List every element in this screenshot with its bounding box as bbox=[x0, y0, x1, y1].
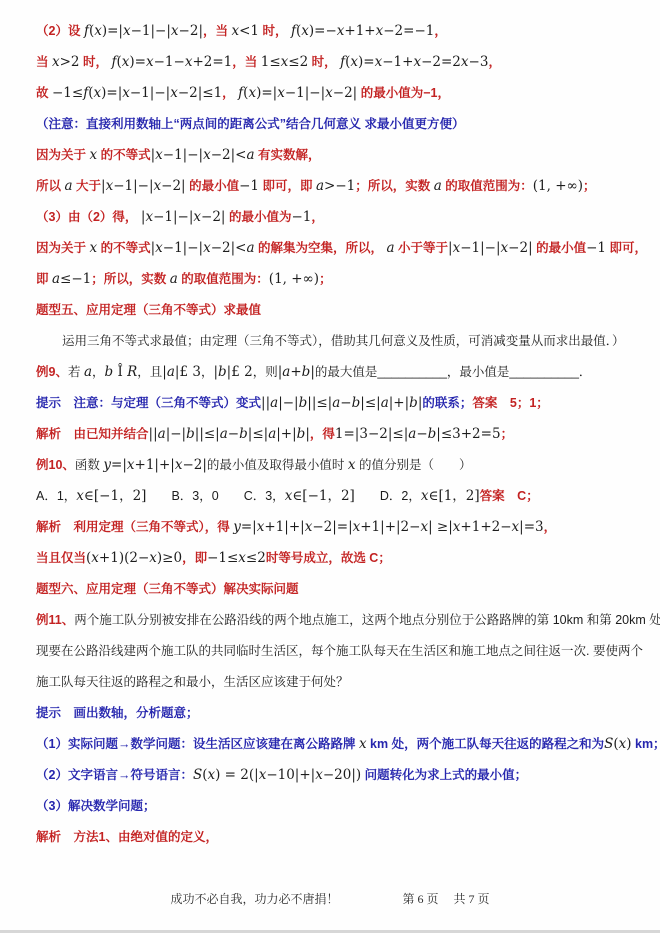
text-segment: 的值分别是（ ） bbox=[356, 458, 472, 472]
text-segment: f(x)=x−1−x+2=1 bbox=[111, 54, 232, 70]
line-case2-conclusion: 故 −1≤f(x)=|x−1|−|x−2|≤1， f(x)=|x−1|−|x−2… bbox=[36, 84, 640, 103]
text-segment: （2）设 bbox=[36, 24, 84, 38]
footer-page-number: 第 6 页 共 7 页 bbox=[403, 890, 490, 907]
text-segment: y=|x+1|+|x−2|=|x+1|+|2−x| ≥|x+1+2−x|=3 bbox=[233, 519, 543, 535]
text-segment: ，即 bbox=[182, 551, 207, 565]
text-segment: 问题转化为求上式的最小值； bbox=[361, 768, 527, 782]
text-segment: 的最小值及取得最小值时 bbox=[207, 458, 348, 472]
text-segment: S(x) = 2(|x−10|+|x−20|) bbox=[193, 767, 361, 783]
example-10: 例10、函数 y=|x+1|+|x−2|的最小值及取得最小值时 x 的值分别是（… bbox=[36, 456, 640, 475]
text-segment: −1≤x≤2 bbox=[207, 550, 266, 566]
line-hint-11: 提示 画出数轴，分析题意； bbox=[36, 704, 640, 723]
text-segment: ， bbox=[201, 365, 214, 379]
text-segment: 时等号成立，故选 C； bbox=[266, 551, 391, 565]
text-segment: 若 bbox=[68, 365, 84, 379]
text-segment: （1）实际问题→数学问题：设生活区应该建在离公路路牌 bbox=[36, 737, 359, 751]
text-segment: x<1 bbox=[231, 23, 259, 39]
text-segment: ， bbox=[544, 520, 557, 534]
text-segment: a bbox=[64, 178, 72, 194]
text-segment: x bbox=[89, 147, 97, 163]
example-11: 例11、两个施工队分别被安排在公路沿线的两个地点施工，这两个地点分别位于公路路牌… bbox=[36, 611, 640, 630]
text-segment: 时， bbox=[259, 24, 291, 38]
text-segment: 1=|3−2|≤|a−b|≤3+2=5 bbox=[335, 426, 501, 442]
text-segment: |a|£ 3 bbox=[162, 364, 201, 380]
text-segment: 的最大值是__________，最小值是__________． bbox=[315, 365, 592, 379]
text-segment: 现要在公路沿线建两个施工队的共同临时生活区，每个施工队每天在生活区和施工地点之间… bbox=[36, 644, 643, 658]
text-segment: x∈[1，2] bbox=[421, 488, 480, 504]
text-segment: 即可， bbox=[606, 241, 647, 255]
text-segment: |x−1|−|x−2| bbox=[101, 178, 186, 194]
line-analysis-10: 解析 利用定理（三角不等式），得 y=|x+1|+|x−2|=|x+1|+|2−… bbox=[36, 518, 640, 537]
text-segment: 的最小值 bbox=[186, 179, 239, 193]
text-segment: 函数 bbox=[75, 458, 103, 472]
line-options-10: A．1，x∈[−1，2] B．3，0 C．3，x∈[−1，2] D．2，x∈[1… bbox=[36, 487, 640, 506]
text-segment: 答案 5；1； bbox=[472, 396, 548, 410]
line-so-range1: 所以 a 大于|x−1|−|x−2| 的最小值−1 即可，即 a>−1；所以，实… bbox=[36, 177, 640, 196]
text-segment: ||a|−|b||≤|a−b|≤|a|+|b| bbox=[261, 395, 422, 411]
text-segment: 答案 C； bbox=[480, 489, 539, 503]
text-segment: ，当 bbox=[232, 55, 260, 69]
text-segment: x bbox=[348, 457, 356, 473]
text-segment: D．2， bbox=[355, 489, 421, 503]
text-segment: 故 bbox=[36, 86, 52, 100]
text-segment: ||a|−|b||≤|a−b|≤|a|+|b| bbox=[149, 426, 310, 442]
text-segment: 的不等式 bbox=[97, 241, 150, 255]
document-page: （2）设 f(x)=|x−1|−|x−2|，当 x<1 时， f(x)=−x+1… bbox=[0, 0, 660, 933]
text-segment: x bbox=[359, 736, 367, 752]
text-segment: 的联系； bbox=[422, 396, 472, 410]
text-segment: 例11、 bbox=[36, 613, 74, 627]
line-step3: （3）解决数学问题； bbox=[36, 797, 640, 816]
document-lines: （2）设 f(x)=|x−1|−|x−2|，当 x<1 时， f(x)=−x+1… bbox=[36, 22, 640, 847]
text-segment: f(x)=−x+1+x−2=−1 bbox=[291, 23, 434, 39]
line-step1: （1）实际问题→数学问题：设生活区应该建在离公路路牌 x km 处，两个施工队每… bbox=[36, 735, 640, 754]
line-analysis-11: 解析 方法1、由绝对值的定义， bbox=[36, 828, 640, 847]
text-segment: ， bbox=[92, 365, 105, 379]
text-segment: ；所以，实数 bbox=[355, 179, 433, 193]
example-9: 例9、若 a，b Î R，且|a|£ 3，|b|£ 2，则|a+b|的最大值是_… bbox=[36, 363, 640, 382]
text-segment: (x+1)(2−x)≥0 bbox=[86, 550, 182, 566]
text-segment: 的取值范围为： bbox=[442, 179, 533, 193]
text-segment: km 处，两个施工队每天往返的路程之和为 bbox=[367, 737, 605, 751]
text-segment: a bbox=[170, 271, 178, 287]
text-segment: 当 bbox=[36, 55, 52, 69]
text-segment: a>−1 bbox=[316, 178, 355, 194]
page-footer: 成功不必自我，功力必不唐捐！ 第 6 页 共 7 页 bbox=[0, 890, 660, 907]
text-segment: |x−1|−|x−2| bbox=[448, 240, 533, 256]
text-segment: （注意：直接利用数轴上“两点间的距离公式”结合几何意义 求最小值更方便） bbox=[36, 117, 464, 131]
text-segment: ； bbox=[501, 427, 514, 441]
footer-motto: 成功不必自我，功力必不唐捐！ bbox=[170, 890, 338, 907]
text-segment: x>2 bbox=[52, 54, 80, 70]
text-segment: ， bbox=[222, 86, 238, 100]
text-segment: 时， bbox=[308, 55, 340, 69]
text-segment: （3）由（2）得， bbox=[36, 210, 141, 224]
text-segment: 两个施工队分别被安排在公路沿线的两个地点施工，这两个地点分别位于公路路牌的第 1… bbox=[74, 613, 660, 627]
line-equality-cond: 当且仅当(x+1)(2−x)≥0，即−1≤x≤2时等号成立，故选 C； bbox=[36, 549, 640, 568]
text-segment: ， bbox=[434, 24, 447, 38]
text-segment: 即可，即 bbox=[259, 179, 316, 193]
text-segment: a bbox=[387, 240, 395, 256]
text-segment: |x−1|−|x−2|<a bbox=[151, 147, 255, 163]
text-segment: 的最小值 bbox=[533, 241, 586, 255]
text-segment: 施工队每天往返的路程之和最小，生活区应该建于何处？ bbox=[36, 675, 349, 689]
line-example11-cont1: 现要在公路沿线建两个施工队的共同临时生活区，每个施工队每天在生活区和施工地点之间… bbox=[36, 642, 640, 661]
text-segment: 有实数解， bbox=[255, 148, 321, 162]
line-because-solution: 因为关于 x 的不等式|x−1|−|x−2|<a 有实数解， bbox=[36, 146, 640, 165]
text-segment: 因为关于 bbox=[36, 241, 89, 255]
line-so-range2: 即 a≤−1；所以，实数 a 的取值范围为：(1, +∞)； bbox=[36, 270, 640, 289]
line-section5-desc: 运用三角不等式求最值；由定理（三角不等式），借助其几何意义及性质，可消减变量从而… bbox=[36, 332, 640, 351]
line-empty-set: 因为关于 x 的不等式|x−1|−|x−2|<a 的解集为空集，所以， a 小于… bbox=[36, 239, 640, 258]
text-segment: −1 bbox=[586, 240, 606, 256]
text-segment: 的解集为空集，所以， bbox=[255, 241, 387, 255]
text-segment: ，得 bbox=[310, 427, 335, 441]
text-segment: 解析 方法1、由绝对值的定义， bbox=[36, 830, 218, 844]
text-segment: |x−1|−|x−2| bbox=[141, 209, 226, 225]
text-segment: a≤−1 bbox=[52, 271, 91, 287]
text-segment: 的不等式 bbox=[97, 148, 150, 162]
text-segment: 题型五、应用定理（三角不等式）求最值 bbox=[36, 303, 261, 317]
line-hint-9: 提示 注意：与定理（三角不等式）变式||a|−|b||≤|a−b|≤|a|+|b… bbox=[36, 394, 640, 413]
section-heading-6: 题型六、应用定理（三角不等式）解决实际问题 bbox=[36, 580, 640, 599]
text-segment: x∈[−1，2] bbox=[76, 488, 146, 504]
text-segment: 例10、 bbox=[36, 458, 75, 472]
text-segment: f(x)=|x−1|−|x−2| bbox=[238, 85, 357, 101]
text-segment: 题型六、应用定理（三角不等式）解决实际问题 bbox=[36, 582, 299, 596]
text-segment: |b|£ 2 bbox=[213, 364, 252, 380]
text-segment: 提示 注意：与定理（三角不等式）变式 bbox=[36, 396, 261, 410]
line-note: （注意：直接利用数轴上“两点间的距离公式”结合几何意义 求最小值更方便） bbox=[36, 115, 640, 134]
text-segment: y=|x+1|+|x−2| bbox=[103, 457, 207, 473]
line-analysis-9: 解析 由已知并结合||a|−|b||≤|a−b|≤|a|+|b|，得1=|3−2… bbox=[36, 425, 640, 444]
text-segment: ，则 bbox=[253, 365, 278, 379]
text-segment: A．1， bbox=[36, 489, 76, 503]
line-case2-intro: （2）设 f(x)=|x−1|−|x−2|，当 x<1 时， f(x)=−x+1… bbox=[36, 22, 640, 41]
line-case3-intro: （3）由（2）得， |x−1|−|x−2| 的最小值为−1， bbox=[36, 208, 640, 227]
text-segment: （3）解决数学问题； bbox=[36, 799, 155, 813]
text-segment: (1, +∞) bbox=[533, 178, 583, 194]
text-segment: 提示 画出数轴，分析题意； bbox=[36, 706, 199, 720]
text-segment: S(x) bbox=[604, 736, 631, 752]
text-segment: |a+b| bbox=[278, 364, 315, 380]
text-segment: 例9、 bbox=[36, 365, 68, 379]
text-segment: 1≤x≤2 bbox=[261, 54, 308, 70]
text-segment: ； bbox=[319, 272, 332, 286]
text-segment: 解析 由已知并结合 bbox=[36, 427, 149, 441]
text-segment: （2）文字语言→符号语言： bbox=[36, 768, 193, 782]
text-segment: a bbox=[434, 178, 442, 194]
text-segment: ；所以，实数 bbox=[91, 272, 169, 286]
text-segment: km； bbox=[632, 737, 660, 751]
text-segment: 的最小值为−1， bbox=[357, 86, 450, 100]
text-segment: 大于 bbox=[73, 179, 101, 193]
text-segment: f(x)=|x−1|−|x−2| bbox=[84, 23, 203, 39]
text-segment: ， bbox=[311, 210, 324, 224]
text-segment: a bbox=[84, 364, 92, 380]
text-segment: b Î R bbox=[105, 364, 138, 380]
line-step2: （2）文字语言→符号语言：S(x) = 2(|x−10|+|x−20|) 问题转… bbox=[36, 766, 640, 785]
section-heading-5: 题型五、应用定理（三角不等式）求最值 bbox=[36, 301, 640, 320]
text-segment: ，当 bbox=[203, 24, 231, 38]
text-segment: −1 bbox=[239, 178, 259, 194]
line-case2-cases: 当 x>2 时， f(x)=x−1−x+2=1，当 1≤x≤2 时， f(x)=… bbox=[36, 53, 640, 72]
text-segment: 解析 利用定理（三角不等式），得 bbox=[36, 520, 233, 534]
text-segment: 即 bbox=[36, 272, 52, 286]
text-segment: 的最小值为 bbox=[225, 210, 291, 224]
text-segment: −1 bbox=[291, 209, 311, 225]
text-segment: x∈[−1，2] bbox=[285, 488, 355, 504]
text-segment: f(x)=x−1+x−2=2x−3 bbox=[340, 54, 488, 70]
text-segment: 时， bbox=[80, 55, 112, 69]
text-segment: ； bbox=[583, 179, 596, 193]
text-segment: 所以 bbox=[36, 179, 64, 193]
text-segment: x bbox=[89, 240, 97, 256]
text-segment: 小于等于 bbox=[395, 241, 448, 255]
text-segment: 当且仅当 bbox=[36, 551, 86, 565]
text-segment: 运用三角不等式求最值；由定理（三角不等式），借助其几何意义及性质，可消减变量从而… bbox=[62, 334, 625, 348]
text-segment: ，且 bbox=[137, 365, 162, 379]
text-segment: ， bbox=[488, 55, 501, 69]
line-example11-cont2: 施工队每天往返的路程之和最小，生活区应该建于何处？ bbox=[36, 673, 640, 692]
text-segment: B．3，0 C．3， bbox=[146, 489, 284, 503]
text-segment: 因为关于 bbox=[36, 148, 89, 162]
text-segment: 的取值范围为： bbox=[178, 272, 269, 286]
text-segment: −1≤f(x)=|x−1|−|x−2|≤1 bbox=[52, 85, 222, 101]
text-segment: (1, +∞) bbox=[269, 271, 319, 287]
text-segment: |x−1|−|x−2|<a bbox=[151, 240, 255, 256]
